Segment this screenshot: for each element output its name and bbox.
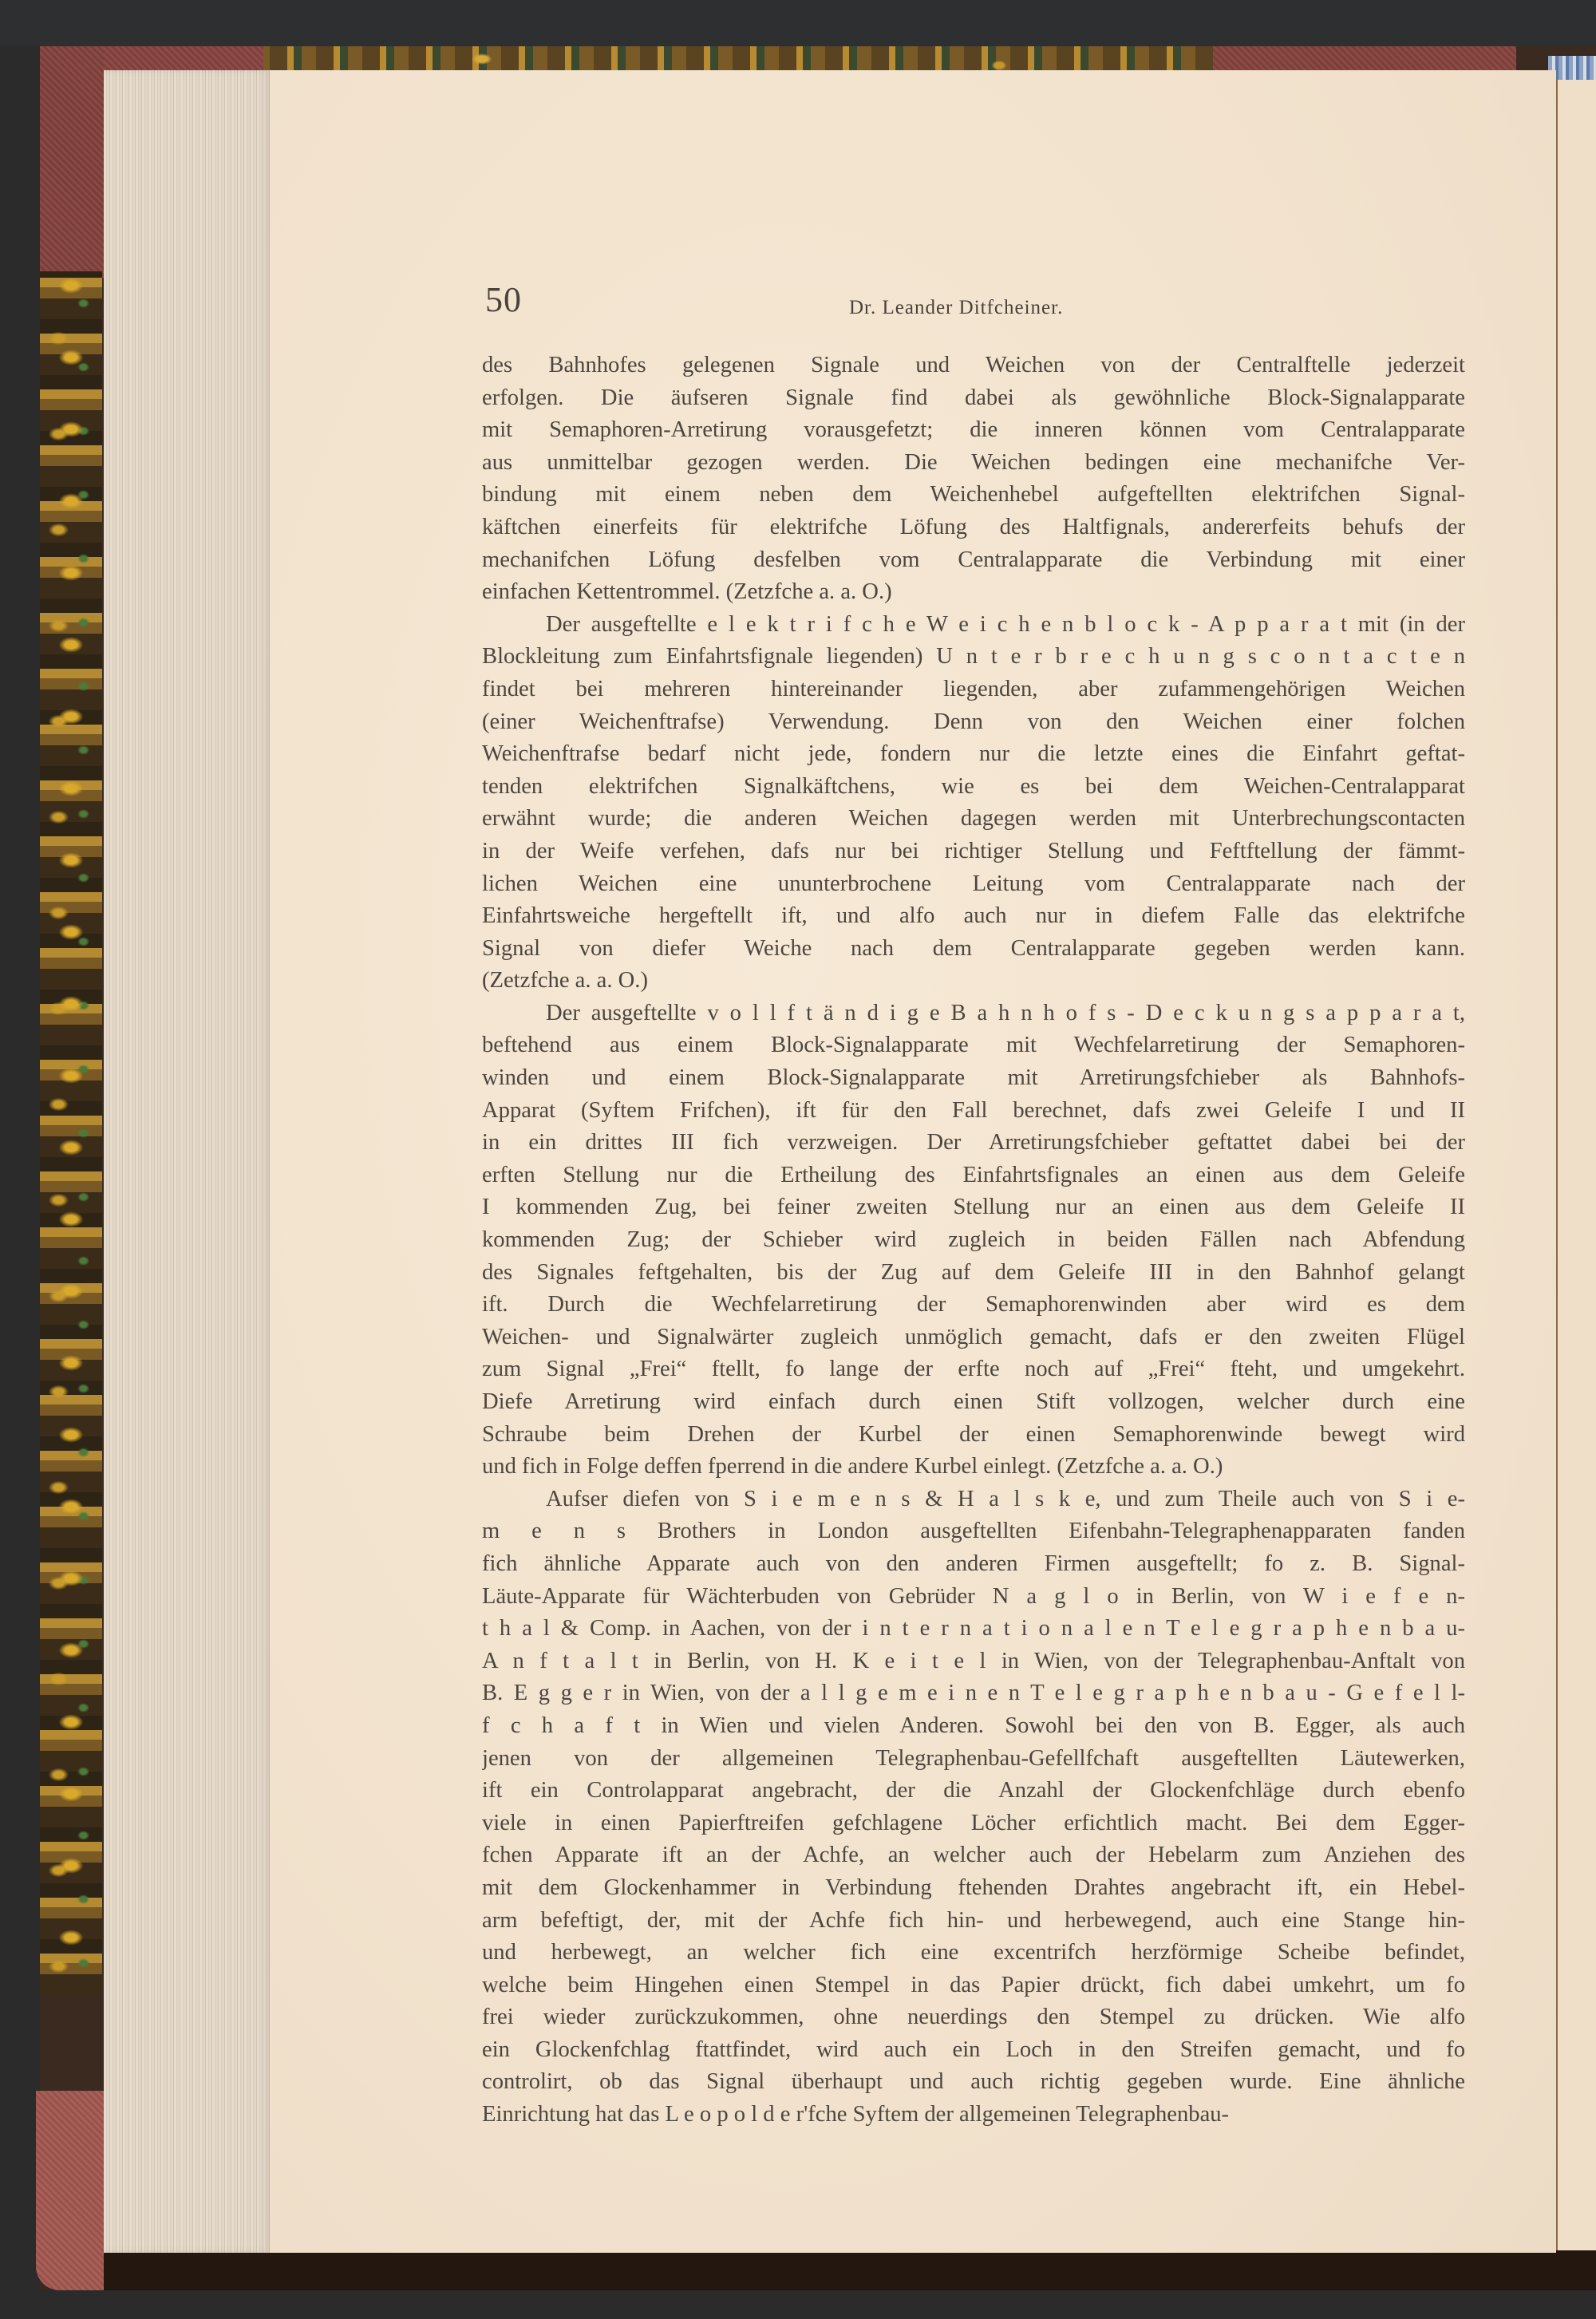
text-line: in der Weife verfehen, dafs nur bei rich…	[482, 836, 1465, 868]
text-line: käftchen einerfeits für elektrifche Löfu…	[482, 512, 1465, 544]
paragraph: des Bahnhofes gelegenen Signale und Weic…	[482, 350, 1465, 609]
text-line: einfachen Kettentrommel. (Zetzfche a. a.…	[482, 576, 1465, 609]
text-line: I kommenden Zug, bei feiner zweiten Stel…	[482, 1191, 1465, 1224]
text-line: mechanifchen Löfung desfelben vom Centra…	[482, 544, 1465, 577]
text-line: m e n s Brothers in London ausgeftellten…	[482, 1515, 1465, 1548]
text-line: beftehend aus einem Block-Signalapparate…	[482, 1029, 1465, 1062]
text-line: arm befeftigt, der, mit der Achfe fich h…	[482, 1905, 1465, 1938]
text-line: erfolgen. Die äufseren Signale find dabe…	[482, 382, 1465, 415]
text-line: Der ausgeftellte e l e k t r i f c h e W…	[482, 609, 1465, 642]
text-line: tenden elektrifchen Signalkäftchens, wie…	[482, 771, 1465, 804]
text-line: Weichen- und Signalwärter zugleich unmög…	[482, 1321, 1465, 1354]
text-line: Einrichtung hat das L e o p o l d e r'fc…	[482, 2099, 1465, 2131]
text-line: controlirt, ob das Signal überhaupt und …	[482, 2066, 1465, 2099]
text-line: des Signales feftgehalten, bis der Zug a…	[482, 1257, 1465, 1290]
text-line: A n f t a l t in Berlin, von H. K e i t …	[482, 1645, 1465, 1678]
text-line: fchen Apparate ift an der Achfe, an welc…	[482, 1839, 1465, 1872]
text-line: (einer Weichenftrafse) Verwendung. Denn …	[482, 706, 1465, 739]
text-line: ift ein Controlapparat angebracht, der d…	[482, 1775, 1465, 1807]
running-head-author: Dr. Leander Ditfcheiner.	[849, 297, 1063, 319]
text-line: (Zetzfche a. a. O.)	[482, 965, 1465, 998]
text-line: Der ausgeftellte v o l l f t ä n d i g e…	[482, 998, 1465, 1030]
cover-bottom-edge	[104, 2250, 1596, 2290]
facing-page-edge	[1556, 80, 1596, 2250]
paragraph: Aufser diefen von S i e m e n s & H a l …	[482, 1483, 1465, 2131]
text-line: Diefe Arretirung wird einfach durch eine…	[482, 1386, 1465, 1419]
cover-marbled-paper-left	[40, 271, 102, 1995]
text-line: Schraube beim Drehen der Kurbel der eine…	[482, 1419, 1465, 1452]
text-line: welche beim Hingehen einen Stempel in da…	[482, 1969, 1465, 2002]
cover-leather-corner-bottom-left	[36, 2091, 108, 2290]
text-line: findet bei mehreren hintereinander liege…	[482, 674, 1465, 706]
text-line: Blockleitung zum Einfahrtsfignale liegen…	[482, 641, 1465, 674]
text-line: und herbewegt, an welcher fich eine exce…	[482, 1937, 1465, 1969]
text-line: ift. Durch die Wechfelarretirung der Sem…	[482, 1289, 1465, 1321]
text-line: aus unmittelbar gezogen werden. Die Weic…	[482, 447, 1465, 480]
text-line: zum Signal „Frei“ ftellt, fo lange der e…	[482, 1353, 1465, 1386]
text-line: bindung mit einem neben dem Weichenhebel…	[482, 479, 1465, 512]
text-line: viele in einen Papierftreifen gefchlagen…	[482, 1807, 1465, 1840]
text-line: Weichenftrafse bedarf nicht jede, fonder…	[482, 738, 1465, 771]
text-line: B. E g g e r in Wien, von der a l l g e …	[482, 1677, 1465, 1710]
text-line: ein Glockenfchlag ftattfindet, wird auch…	[482, 2034, 1465, 2067]
text-line: Aufser diefen von S i e m e n s & H a l …	[482, 1483, 1465, 1516]
text-line: mit Semaphoren-Arretirung vorausgefetzt;…	[482, 414, 1465, 447]
text-line: und fich in Folge deffen fperrend in die…	[482, 1451, 1465, 1483]
text-line: kommenden Zug; der Schieber wird zugleic…	[482, 1224, 1465, 1257]
text-line: winden und einem Block-Signalapparate mi…	[482, 1062, 1465, 1095]
paragraph: Der ausgeftellte e l e k t r i f c h e W…	[482, 609, 1465, 998]
page-number: 50	[485, 279, 522, 320]
scan-backdrop	[0, 0, 1596, 46]
text-line: Apparat (Syftem Frifchen), ift für den F…	[482, 1095, 1465, 1128]
text-line: fich ähnliche Apparate auch von den ande…	[482, 1548, 1465, 1581]
text-line: Läute-Apparate für Wächterbuden von Gebr…	[482, 1581, 1465, 1614]
body-text: des Bahnhofes gelegenen Signale und Weic…	[482, 350, 1465, 2131]
text-line: jenen von der allgemeinen Telegraphenbau…	[482, 1743, 1465, 1776]
text-line: mit dem Glockenhammer in Verbindung fteh…	[482, 1872, 1465, 1905]
text-line: Signal von diefer Weiche nach dem Centra…	[482, 933, 1465, 966]
text-line: lichen Weichen eine ununterbrochene Leit…	[482, 868, 1465, 901]
text-line: in ein drittes III fich verzweigen. Der …	[482, 1127, 1465, 1159]
text-line: des Bahnhofes gelegenen Signale und Weic…	[482, 350, 1465, 382]
cover-leather-spine-top	[40, 46, 104, 278]
page-block-edges	[104, 70, 271, 2253]
text-line: Einfahrtsweiche hergeftellt ift, und alf…	[482, 900, 1465, 933]
text-line: erften Stellung nur die Ertheilung des E…	[482, 1159, 1465, 1192]
paragraph: Der ausgeftellte v o l l f t ä n d i g e…	[482, 998, 1465, 1483]
text-line: erwähnt wurde; die anderen Weichen dageg…	[482, 803, 1465, 836]
text-line: frei wieder zurückzukommen, ohne neuerdi…	[482, 2001, 1465, 2034]
text-line: f c h a f t in Wien und vielen Anderen. …	[482, 1710, 1465, 1743]
text-line: t h a l & Comp. in Aachen, von der i n t…	[482, 1613, 1465, 1645]
running-head: 50 Dr. Leander Ditfcheiner.	[485, 279, 1467, 327]
